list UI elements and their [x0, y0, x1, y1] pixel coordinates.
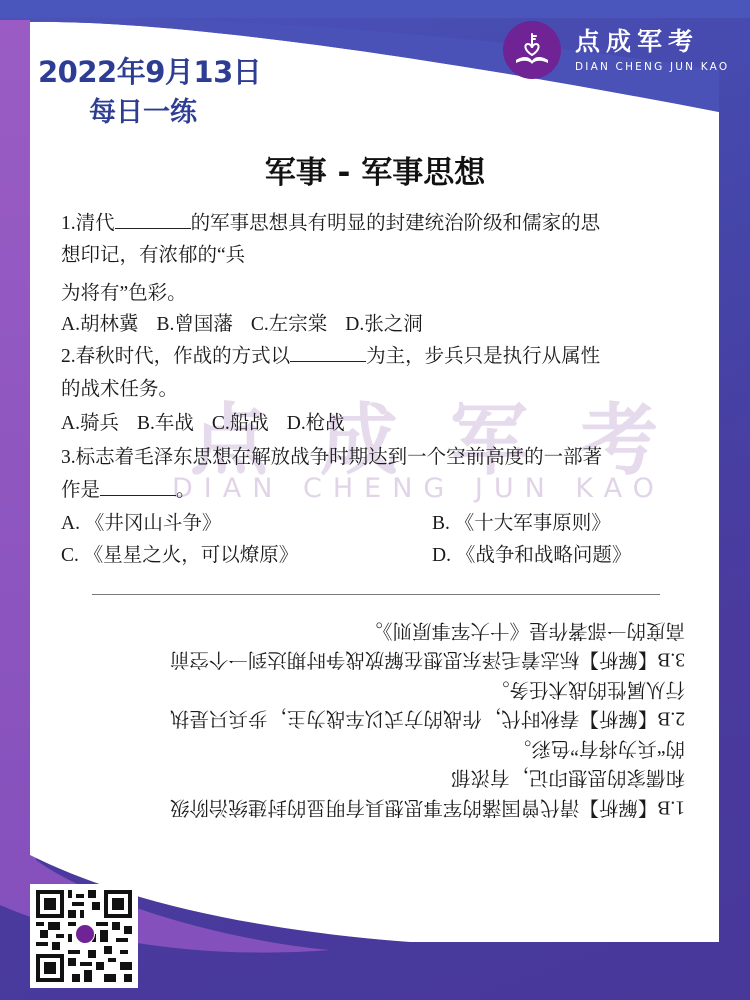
- header-date: 2022年9月13日: [38, 50, 261, 91]
- question-1-line-1: 1.清代的军事思想具有明显的封建统治阶级和儒家的思: [61, 208, 600, 240]
- answer-line: 行从属性的战术任务。: [120, 674, 685, 704]
- brand-name-cn: 点成军考: [575, 27, 729, 57]
- page-title: 军事 - 军事思想: [0, 147, 750, 192]
- option-d: D.枪战: [287, 413, 345, 434]
- answer-divider: [92, 594, 660, 595]
- key-heart-book-icon: [503, 21, 561, 79]
- answer-blank: [100, 476, 176, 496]
- question-3-line-2: 作是。: [61, 475, 196, 507]
- question-2-line-2: 的战术任务。: [61, 374, 178, 406]
- option-a: A.胡林冀: [61, 314, 138, 335]
- watermark-en: DIAN CHENG JUN KAO: [172, 473, 665, 504]
- option-d: D.张之洞: [345, 314, 422, 335]
- option-c: C. 《星星之火，可以燎原》: [61, 545, 298, 566]
- question-1-line-2: 想印记，有浓郁的“兵: [61, 240, 245, 272]
- question-2-line-1: 2.春秋时代，作战的方式以为主，步兵只是执行从属性: [61, 341, 600, 373]
- answer-blank: [115, 209, 191, 229]
- question-1-line-3: 为将有”色彩。: [61, 278, 187, 310]
- header-subtitle: 每日一练: [89, 90, 197, 129]
- answer-key-upside-down: 1.B【解析】清代曾国藩的军事思想具有明显的封建统治阶级 和儒家的思想印记，有浓…: [120, 615, 685, 822]
- option-a: A.骑兵: [61, 413, 119, 434]
- answer-line: 1.B【解析】清代曾国藩的军事思想具有明显的封建统治阶级: [120, 792, 685, 822]
- answer-blank: [290, 342, 366, 362]
- answer-line: 3.B【解析】标志着毛泽东思想在解放战争时期达到一个空前: [120, 645, 685, 675]
- answer-line: 高度的一部著作是《十大军事原则》。: [120, 615, 685, 645]
- question-1-options: A.胡林冀B.曾国藩C.左宗棠D.张之洞: [61, 309, 423, 341]
- option-c: C.船战: [212, 413, 269, 434]
- option-b: B.曾国藩: [156, 314, 232, 335]
- answer-line: 和儒家的思想印记，有浓郁: [120, 763, 685, 793]
- brand-logo-small-icon: [75, 924, 95, 944]
- option-b: B.车战: [137, 413, 194, 434]
- option-c: C.左宗棠: [251, 314, 327, 335]
- qr-code-icon[interactable]: [30, 884, 138, 988]
- brand-name-en: DIAN CHENG JUN KAO: [575, 60, 729, 74]
- question-3-options-row-1: A. 《井冈山斗争》 B. 《十大军事原则》: [61, 508, 681, 540]
- question-3-options-row-2: C. 《星星之火，可以燎原》 D. 《战争和战略问题》: [61, 540, 681, 572]
- brand-logo: 点成军考 DIAN CHENG JUN KAO: [503, 20, 729, 80]
- option-d: D. 《战争和战略问题》: [432, 540, 631, 572]
- option-a: A. 《井冈山斗争》: [61, 513, 221, 534]
- option-b: B. 《十大军事原则》: [432, 508, 611, 540]
- question-3-line-1: 3.标志着毛泽东思想在解放战争时期达到一个空前高度的一部著: [61, 442, 602, 474]
- question-2-options: A.骑兵B.车战C.船战D.枪战: [61, 408, 345, 440]
- answer-line: 2.B【解析】春秋时代，作战的方式以车战为主，步兵只是执: [120, 704, 685, 734]
- answer-line: 的“兵为将有”色彩。: [120, 733, 685, 763]
